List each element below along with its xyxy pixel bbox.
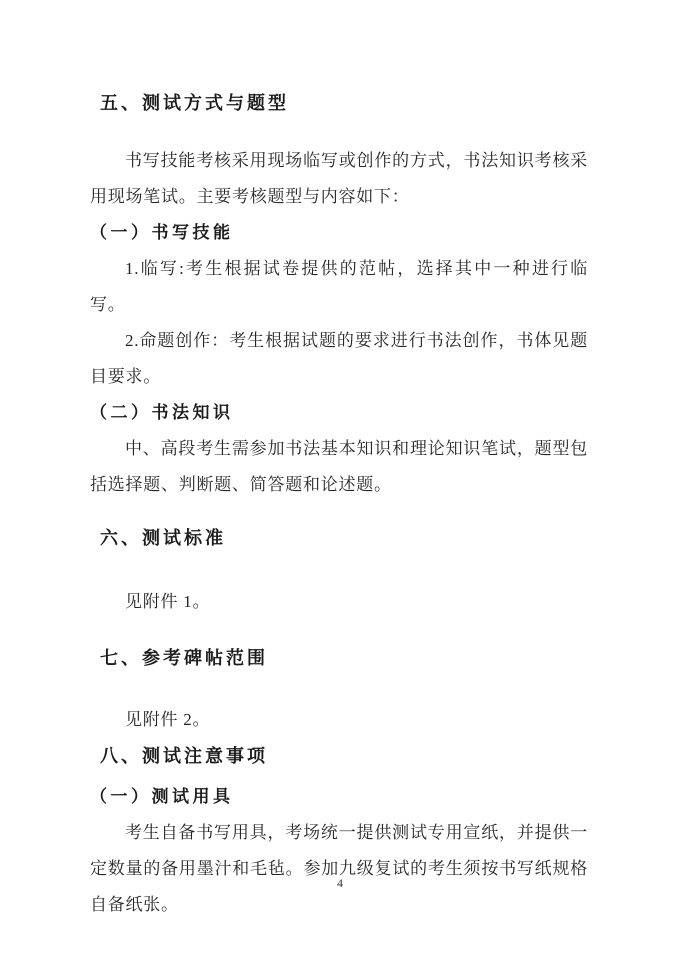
para-item-2-creation: 2.命题创作：考生根据试题的要求进行书法创作，书体见题目要求。: [90, 323, 588, 395]
para-test-tools: 考生自备书写用具，考场统一提供测试专用宣纸，并提供一定数量的备用墨汁和毛毡。参加…: [90, 815, 588, 923]
subheading-1-test-tools: （一）测试用具: [90, 779, 588, 815]
para-see-attachment-1: 见附件 1。: [90, 584, 588, 620]
subheading-2-calligraphy-knowledge: （二）书法知识: [90, 395, 588, 431]
para-knowledge-exam: 中、高段考生需参加书法基本知识和理论知识笔试，题型包括选择题、判断题、简答题和论…: [90, 431, 588, 503]
section-heading-8-test-notes: 八、测试注意事项: [90, 738, 588, 774]
para-see-attachment-2: 见附件 2。: [90, 702, 588, 738]
section-heading-7-reference-range: 七、参考碑帖范围: [90, 640, 588, 676]
para-intro: 书写技能考核采用现场临写或创作的方式，书法知识考核采用现场笔试。主要考核题型与内…: [90, 143, 588, 215]
section-heading-5-test-method: 五、测试方式与题型: [90, 85, 588, 121]
subheading-1-writing-skill: （一）书写技能: [90, 215, 588, 251]
section-heading-6-test-standard: 六、测试标准: [90, 520, 588, 556]
page-number: 4: [0, 876, 680, 890]
document-page: 五、测试方式与题型 书写技能考核采用现场临写或创作的方式，书法知识考核采用现场笔…: [0, 0, 680, 961]
para-item-1-copying: 1.临写:考生根据试卷提供的范帖，选择其中一种进行临写。: [90, 251, 588, 323]
